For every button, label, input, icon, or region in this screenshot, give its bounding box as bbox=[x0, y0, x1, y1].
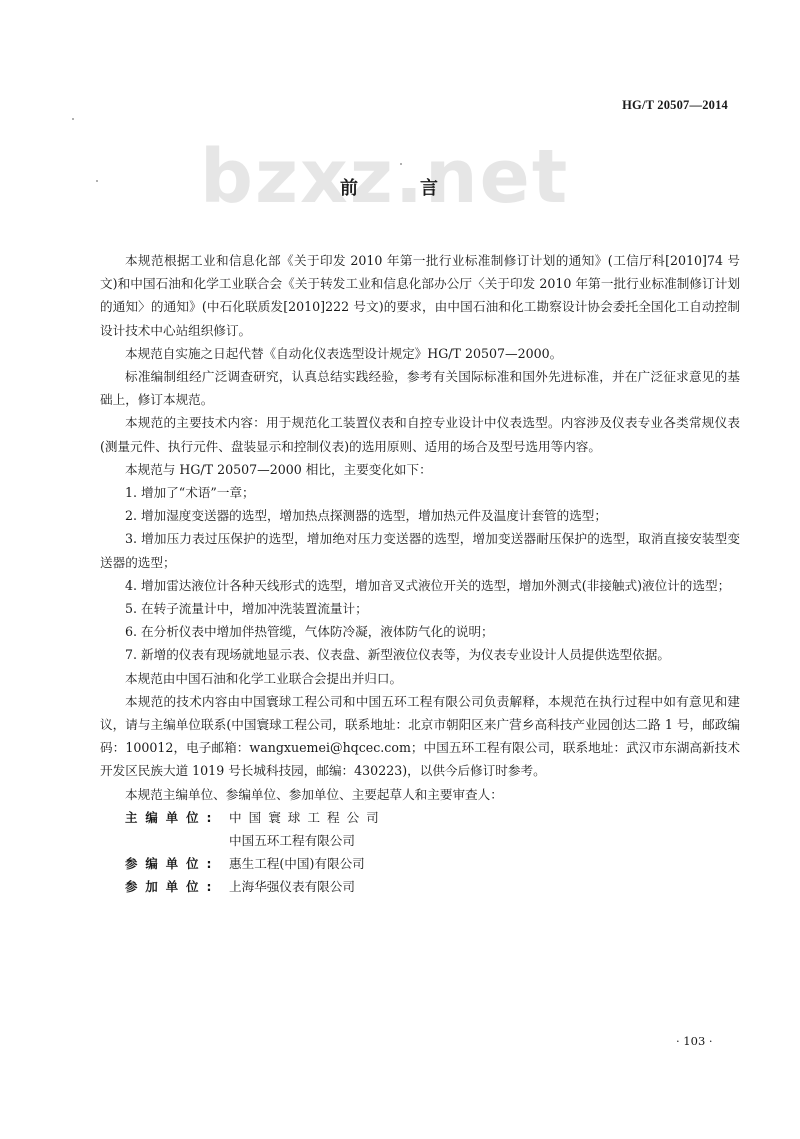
page-number: · 103 · bbox=[676, 1034, 713, 1048]
page-title: 前 言 bbox=[0, 174, 800, 200]
chief-unit-label: 主编单位: bbox=[125, 810, 220, 825]
change-item-3: 3. 增加压力表过压保护的选型，增加绝对压力变送器的选型，增加变送器耐压保护的选… bbox=[100, 527, 740, 573]
scan-speck bbox=[400, 163, 402, 165]
change-item-4: 4. 增加雷达液位计各种天线形式的选型，增加音叉式液位开关的选型，增加外测式(非… bbox=[100, 574, 740, 597]
standard-code: HG/T 20507—2014 bbox=[622, 98, 728, 113]
scan-speck bbox=[72, 118, 74, 120]
joined-unit: 上海华强仪表有限公司 bbox=[229, 875, 355, 898]
paragraph-research: 标准编制组经广泛调查研究，认真总结实践经验，参考有关国际标准和国外先进标准，并在… bbox=[100, 365, 740, 411]
change-item-2: 2. 增加湿度变送器的选型，增加热点探测器的选型，增加热元件及温度计套管的选型； bbox=[100, 504, 740, 527]
change-item-7: 7. 新增的仪表有现场就地显示表、仪表盘、新型液位仪表等，为仪表专业设计人员提供… bbox=[100, 643, 740, 666]
joined-unit-label: 参加单位: bbox=[125, 879, 220, 894]
participating-unit-label: 参编单位: bbox=[125, 856, 220, 871]
paragraph-interpretation: 本规范的技术内容由中国寰球工程公司和中国五环工程有限公司负责解释，本规范在执行过… bbox=[100, 690, 740, 783]
participating-unit: 惠生工程(中国)有限公司 bbox=[229, 852, 365, 875]
paragraph-scope: 本规范的主要技术内容：用于规范化工装置仪表和自控专业设计中仪表选型。内容涉及仪表… bbox=[100, 411, 740, 457]
change-item-6: 6. 在分析仪表中增加伴热管缆，气体防冷凝，液体防气化的说明； bbox=[100, 620, 740, 643]
participating-unit-row: 参编单位: 惠生工程(中国)有限公司 bbox=[100, 852, 740, 875]
paragraph-units-intro: 本规范主编单位、参编单位、参加单位、主要起草人和主要审查人： bbox=[100, 783, 740, 806]
change-item-5: 5. 在转子流量计中，增加冲洗装置流量计； bbox=[100, 597, 740, 620]
foreword-body: 本规范根据工业和信息化部《关于印发 2010 年第一批行业标准制修订计划的通知》… bbox=[100, 249, 740, 899]
paragraph-basis: 本规范根据工业和信息化部《关于印发 2010 年第一批行业标准制修订计划的通知》… bbox=[100, 249, 740, 342]
chief-unit-2: 中国五环工程有限公司 bbox=[229, 829, 355, 852]
paragraph-proposed-by: 本规范由中国石油和化学工业联合会提出并归口。 bbox=[100, 667, 740, 690]
paragraph-replaces: 本规范自实施之日起代替《自动化仪表选型设计规定》HG/T 20507—2000。 bbox=[100, 342, 740, 365]
paragraph-changes-intro: 本规范与 HG/T 20507—2000 相比，主要变化如下： bbox=[100, 458, 740, 481]
chief-unit-1: 中国寰球工程公司 bbox=[229, 806, 386, 829]
drafting-units: 主编单位: 中国寰球工程公司 中国五环工程有限公司 参编单位: 惠生工程(中国)… bbox=[100, 806, 740, 899]
chief-unit-row-2: 中国五环工程有限公司 bbox=[100, 829, 740, 852]
change-item-1: 1. 增加了“术语”一章； bbox=[100, 481, 740, 504]
scan-speck bbox=[96, 180, 98, 182]
chief-unit-row: 主编单位: 中国寰球工程公司 bbox=[100, 806, 740, 829]
joined-unit-row: 参加单位: 上海华强仪表有限公司 bbox=[100, 875, 740, 898]
